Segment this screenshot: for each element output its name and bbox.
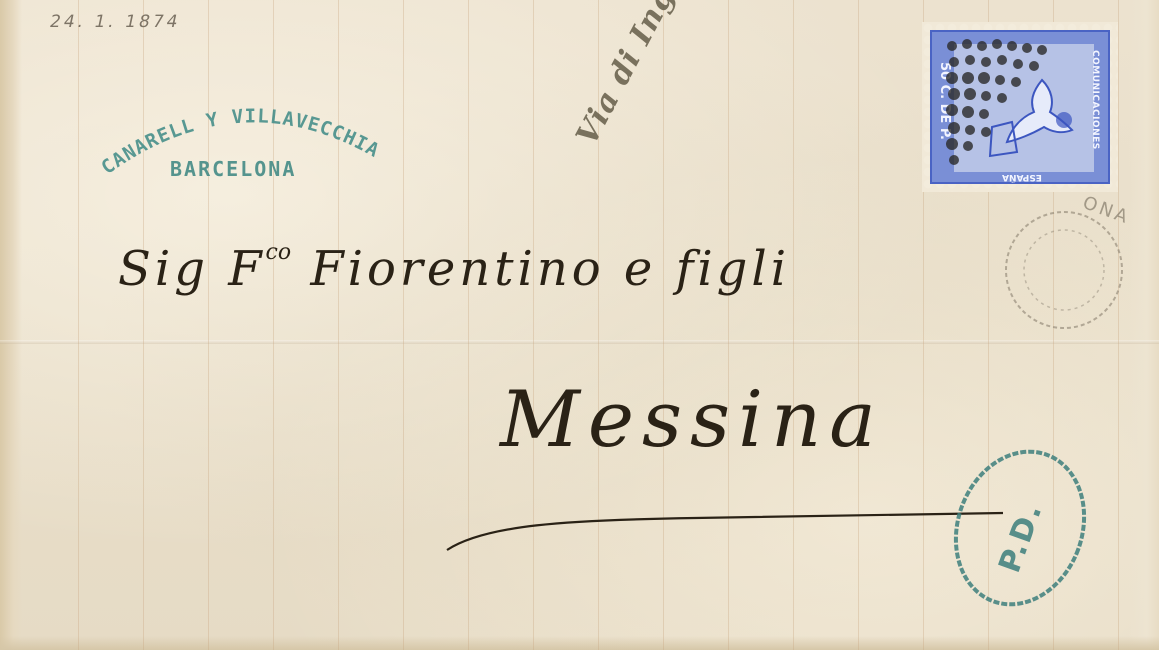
address-underline-flourish [445, 485, 1005, 555]
fold-crease [0, 340, 1159, 344]
rule-line [78, 0, 79, 650]
address-recipient: Sig Fco Fiorentino e figli [118, 240, 790, 297]
route-note: Via di Inghilterra [570, 0, 747, 151]
rule-line [403, 0, 404, 650]
paper-edge-right [1129, 0, 1159, 650]
address-city: Messina [500, 375, 884, 465]
stamp-side-text: COMUNICACIONES [1090, 50, 1100, 150]
cancellation-dots [942, 36, 1062, 176]
address-superscript: co [266, 240, 292, 265]
date-note: 24. 1. 1874 [48, 12, 183, 32]
sender-city: BARCELONA [170, 157, 296, 181]
postage-stamp: 50 C. DE P. COMUNICACIONES ESPAÑA [922, 22, 1118, 192]
address-prefix: Sig F [118, 241, 266, 297]
address-recipient-name: Fiorentino e figli [291, 241, 790, 297]
postal-cover: 24. 1. 1874 CANARELL Y VILLAVECCHIA BARC… [0, 0, 1159, 650]
paper-edge-bottom [0, 636, 1159, 650]
paper-edge-left [0, 0, 22, 650]
stamp-frame: 50 C. DE P. COMUNICACIONES ESPAÑA [930, 30, 1110, 184]
